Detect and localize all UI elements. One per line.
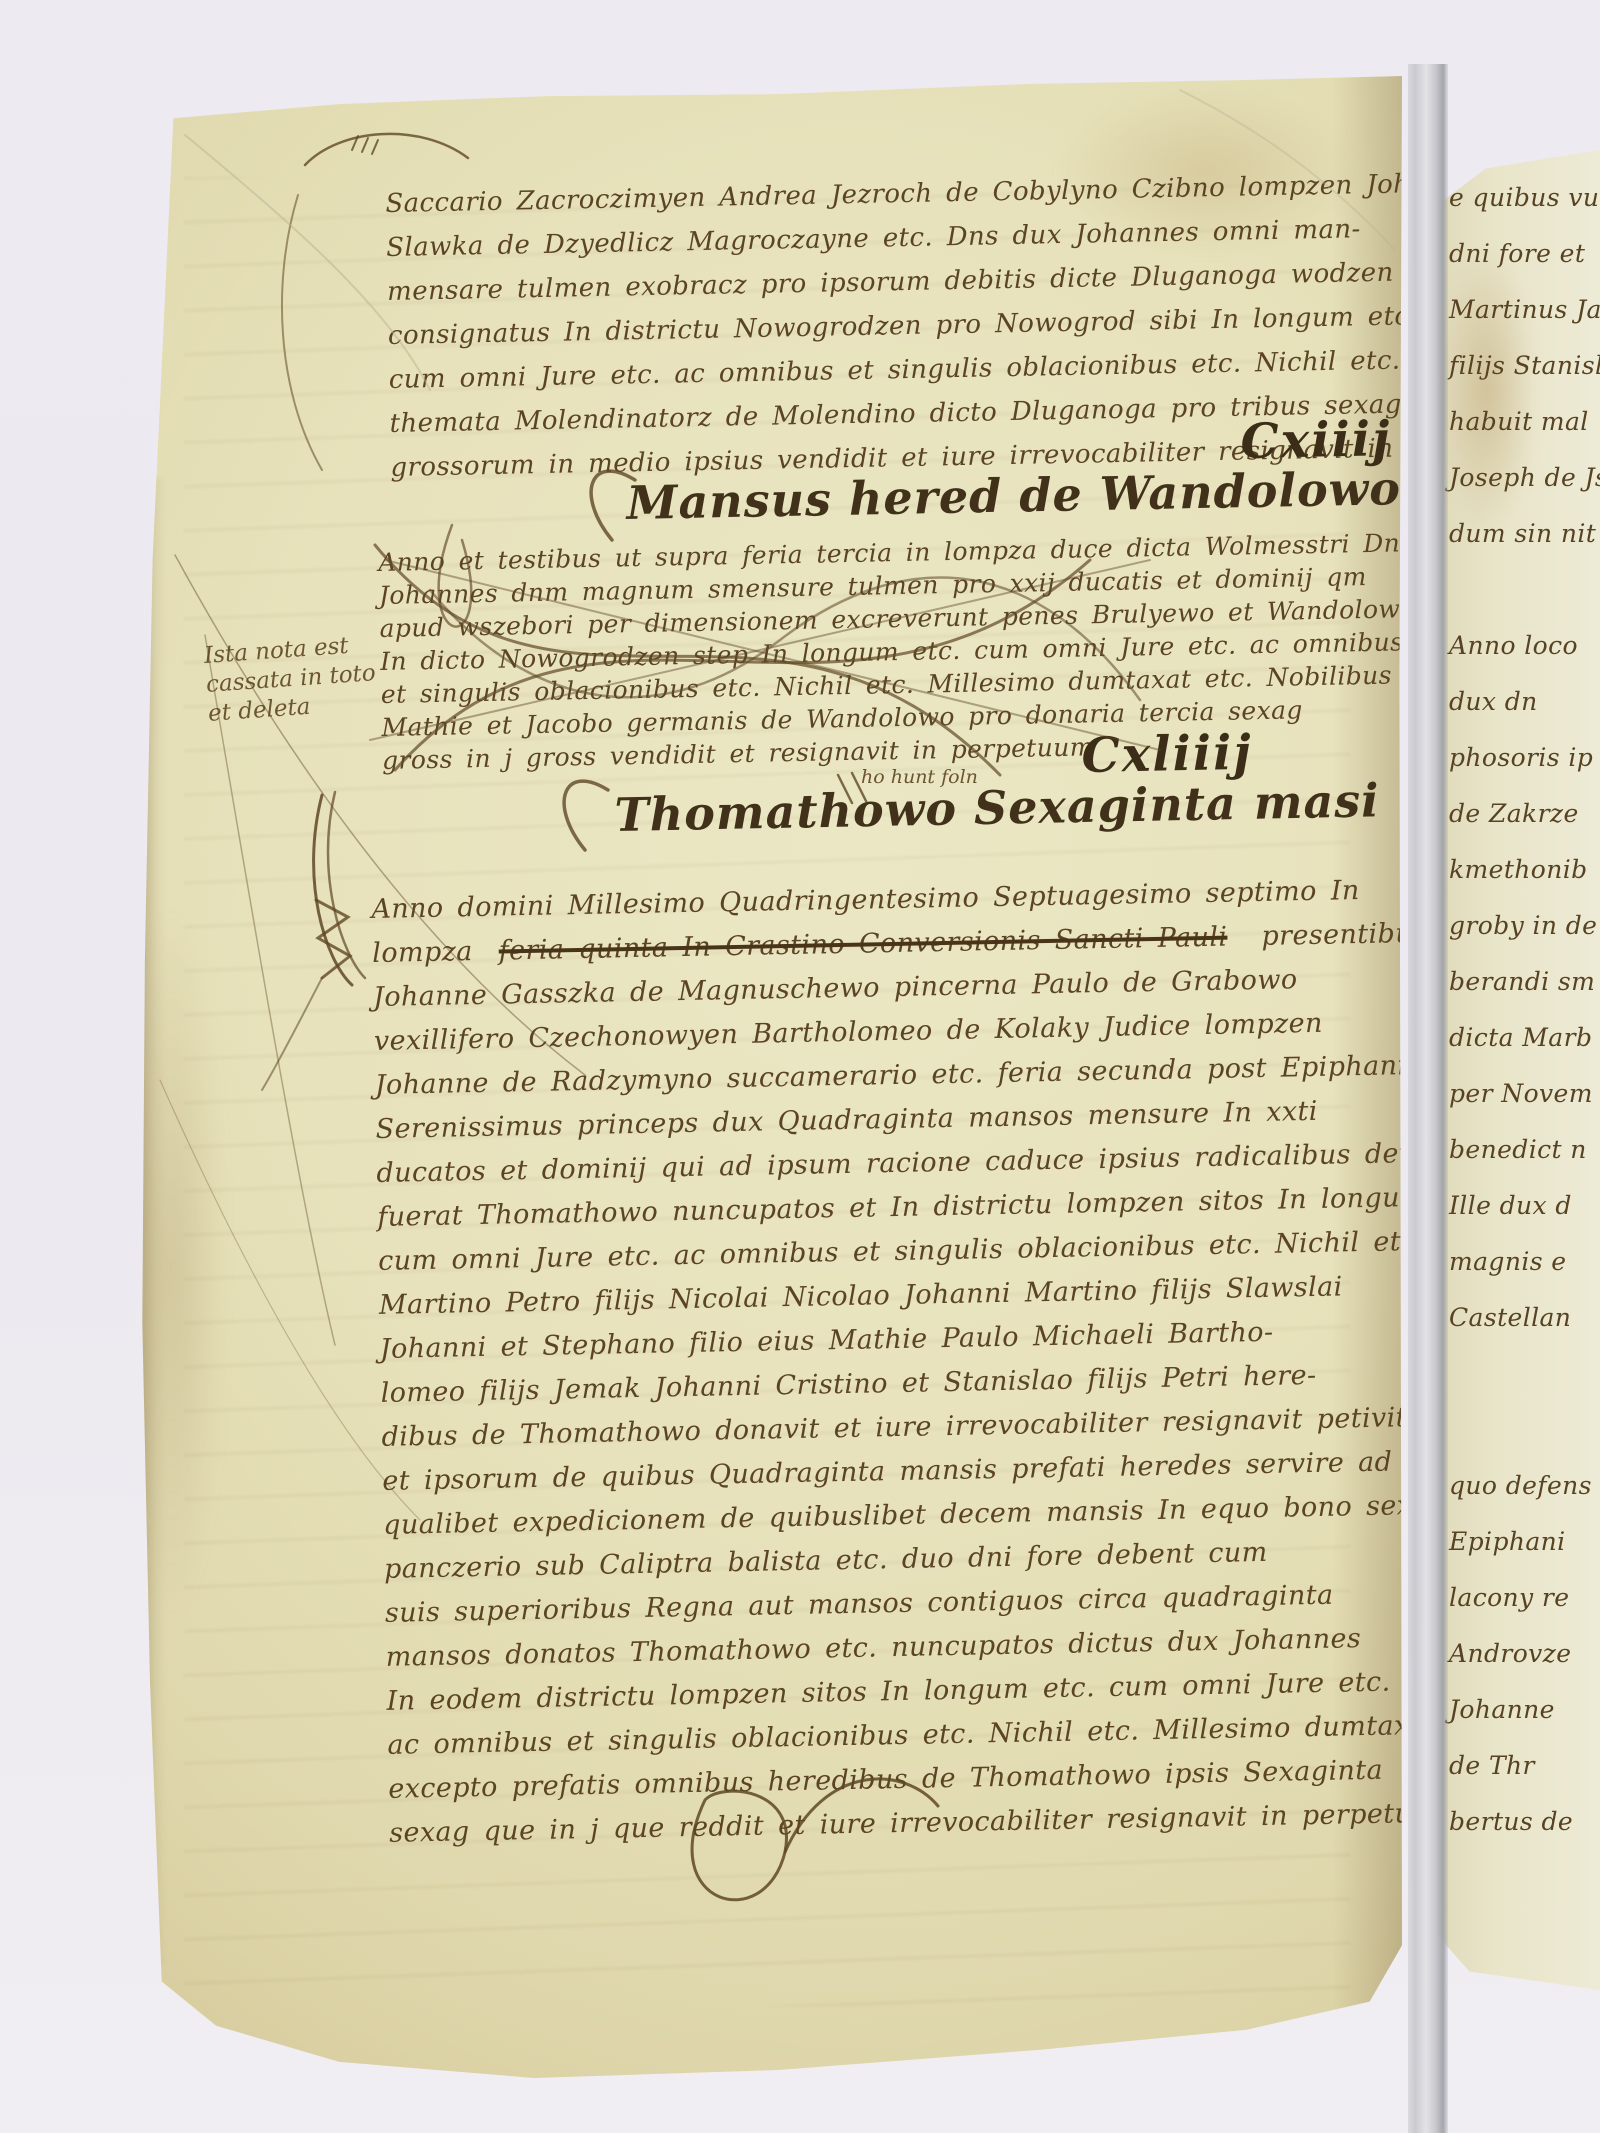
text-line: Martinus Jab xyxy=(1449,282,1600,338)
entry-2-number: Cxliiij xyxy=(1081,725,1253,784)
text-line: groby in de xyxy=(1449,898,1600,954)
text-line: de Zakrze xyxy=(1449,786,1600,842)
text-line: dicta Marb xyxy=(1449,1010,1600,1066)
text-line: de Thr xyxy=(1449,1738,1600,1794)
text-line: kmethonib xyxy=(1449,842,1600,898)
left-page: Saccario Zacroczimyen Andrea Jezroch de … xyxy=(106,76,1402,2086)
text-line: e quibus vu xyxy=(1449,170,1600,226)
text-line: dux dn xyxy=(1449,674,1600,730)
text-line xyxy=(1449,1346,1600,1402)
entry-3-text: Anno domini Millesimo Quadringentesimo S… xyxy=(371,865,1586,1856)
text-line: phosoris ip xyxy=(1449,730,1600,786)
text-line: Androvze xyxy=(1449,1626,1600,1682)
text-line: Joseph de Js xyxy=(1449,450,1600,506)
struck-through-text: feria quinta In Crastino Conversionis Sa… xyxy=(498,922,1227,967)
text-line xyxy=(1449,562,1600,618)
right-page-edge: e quibus vudni fore etMartinus Jabfilijs… xyxy=(1437,150,1600,1990)
text-line: lacony re xyxy=(1449,1570,1600,1626)
text-line: Ille dux d xyxy=(1449,1178,1600,1234)
text-line: magnis e xyxy=(1449,1234,1600,1290)
text-line xyxy=(1449,1402,1600,1458)
entry-3-body-lines: Johanne Gasszka de Magnuschewo pincerna … xyxy=(373,953,1586,1856)
text-line: filijs Stanisl xyxy=(1449,338,1600,394)
text-line: dum sin nit xyxy=(1449,506,1600,562)
text-line: Anno loco xyxy=(1449,618,1600,674)
margin-cancellation-note: Ista nota estcassata in totoet deleta xyxy=(203,630,378,729)
stain xyxy=(116,906,226,1626)
text-line: berandi sm xyxy=(1449,954,1600,1010)
text-line: Castellan xyxy=(1449,1290,1600,1346)
text-line: Epiphani xyxy=(1449,1514,1600,1570)
text-line: bertus de xyxy=(1449,1794,1600,1850)
date-line-pre: lompza xyxy=(372,936,473,969)
text-line: quo defens xyxy=(1449,1458,1600,1514)
text-line: habuit mal xyxy=(1449,394,1600,450)
text-line: Johanne xyxy=(1449,1682,1600,1738)
spine-strip xyxy=(1408,64,1448,2133)
right-page-text-fragments: e quibus vudni fore etMartinus Jabfilijs… xyxy=(1449,170,1600,1850)
text-line: dni fore et xyxy=(1449,226,1600,282)
manuscript-photo: e quibus vudni fore etMartinus Jabfilijs… xyxy=(0,0,1600,2133)
entry-2-text: Anno et testibus ut supra feria tercia i… xyxy=(378,524,1531,777)
text-line: benedict n xyxy=(1449,1122,1600,1178)
text-line: per Novem xyxy=(1449,1066,1600,1122)
